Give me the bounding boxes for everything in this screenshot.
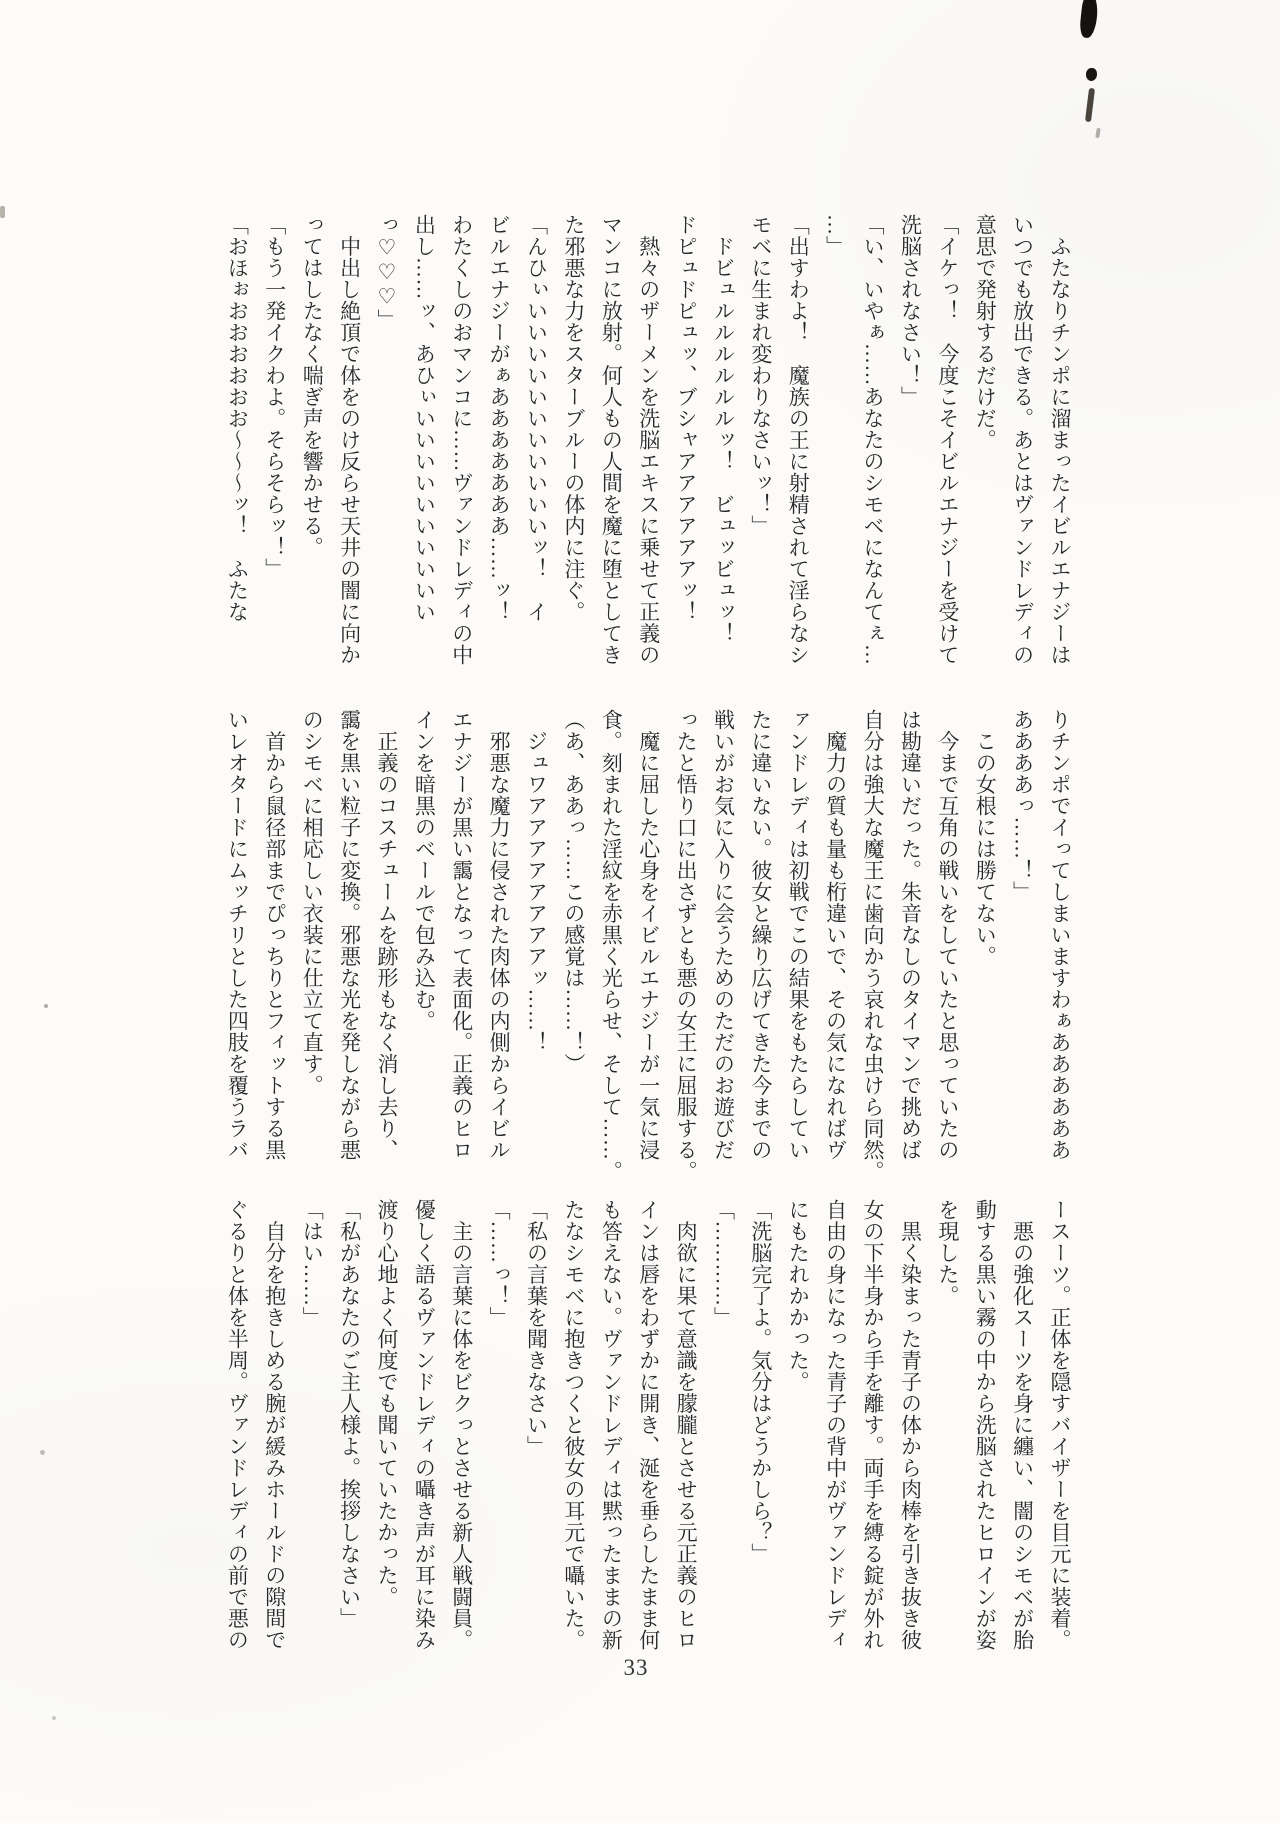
text-column: 魔力の質も量も桁違いで、その気になればヴ — [816, 709, 853, 1181]
text-column: 戦いがお気に入りに会うためのただのお遊びだ — [704, 709, 741, 1181]
text-column: 「出すわよ！ 魔族の王に射精されて淫らなシ — [779, 214, 816, 686]
text-column: 「おほぉおおおおおお〜〜〜ッ！ ふたな — [218, 214, 255, 686]
scanned-page: ふたなりチンポに溜まったイビルエナジーはいつでも放出できる。あとはヴァンドレディ… — [0, 0, 1280, 1823]
text-column: たなシモベに抱きつくと彼女の耳元で囁いた。 — [555, 1199, 592, 1671]
text-column: 「はい……」 — [293, 1199, 330, 1671]
text-column: 意思で発射するだけだ。 — [966, 214, 1003, 686]
text-column: 「…………」 — [704, 1199, 741, 1671]
text-column: ースーツ。正体を隠すバイザーを目元に装着。 — [1041, 1199, 1078, 1671]
scan-artifact-left-edge — [0, 206, 5, 218]
text-column: 正義のコスチュームを跡形もなく消し去り、 — [368, 709, 405, 1181]
text-column: 食。刻まれた淫紋を赤黒く光らせ、そして……。 — [592, 709, 629, 1181]
text-column: 肉欲に果て意識を朦朧とさせる元正義のヒロ — [667, 1199, 704, 1671]
text-column: 靄を黒い粒子に変換。邪悪な光を発しながら悪 — [330, 709, 367, 1181]
text-column: 渡り心地よく何度でも聞いていたかった。 — [368, 1199, 405, 1671]
text-column: 自由の身になった青子の背中がヴァンドレディ — [816, 1199, 853, 1671]
text-column: っ♡♡♡」 — [368, 214, 405, 686]
page-number: 33 — [606, 1655, 666, 1681]
text-column: 黒く染まった青子の体から肉棒を引き抜き彼 — [891, 1199, 928, 1671]
text-column: ああああっ……！」 — [1003, 709, 1040, 1181]
text-column: 熱々のザーメンを洗脳エキスに乗せて正義の — [629, 214, 666, 686]
text-column: インは唇をわずかに開き、涎を垂らしたまま何 — [629, 1199, 666, 1671]
text-column: 中出し絶頂で体をのけ反らせ天井の闇に向か — [330, 214, 367, 686]
scan-artifact-corner-dot — [1086, 68, 1097, 81]
text-column: 今まで互角の戦いをしていたと思っていたの — [928, 709, 965, 1181]
text-column: いつでも放出できる。あとはヴァンドレディの — [1003, 214, 1040, 686]
text-column: 「洗脳完了よ。気分はどうかしら？」 — [741, 1199, 778, 1671]
text-column: のシモベに相応しい衣装に仕立て直す。 — [293, 709, 330, 1181]
text-column: ドビュルルルルルルッ！ ビュッビュッ！ — [704, 214, 741, 686]
text-column: 「んひぃいいいいいいいいいいいッ！ イ — [517, 214, 554, 686]
text-column: モベに生まれ変わりなさいッ！」 — [741, 214, 778, 686]
text-column: 「私があなたのご主人様よ。挨拶しなさい」 — [330, 1199, 367, 1671]
text-column: 動する黒い霧の中から洗脳されたヒロインが姿 — [966, 1199, 1003, 1671]
text-column: 女の下半身から手を離す。両手を縛る錠が外れ — [854, 1199, 891, 1671]
scan-artifact-speck — [52, 1716, 56, 1720]
text-column: た邪悪な力をスターブルーの体内に注ぐ。 — [555, 214, 592, 686]
text-column: ドピュドピュッ、ブシャアアアアアアッ！ — [667, 214, 704, 686]
text-column: 「私の言葉を聞きなさい」 — [517, 1199, 554, 1671]
scan-artifact-corner-streak — [1085, 88, 1095, 122]
text-column: マンコに放射。何人もの人間を魔に堕としてき — [592, 214, 629, 686]
text-column: 優しく語るヴァンドレディの囁き声が耳に染み — [405, 1199, 442, 1671]
text-column: 「い、いやぁ……あなたのシモベになんてぇ… — [854, 214, 891, 686]
text-column: ぐるりと体を半周。ヴァンドレディの前で悪の — [218, 1199, 255, 1671]
text-column: 出し……ッ、あひぃいいいいいいいいいい — [405, 214, 442, 686]
text-column: ふたなりチンポに溜まったイビルエナジーは — [1041, 214, 1078, 686]
text-column: ビルエナジーがぁあああああああ……ッ！ — [480, 214, 517, 686]
text-column: も答えない。ヴァンドレディは黙ったままの新 — [592, 1199, 629, 1671]
text-column: わたくしのおマンコに……ヴァンドレディの中 — [442, 214, 479, 686]
text-column: ったと悟り口に出さずとも悪の女王に屈服する。 — [667, 709, 704, 1181]
text-column: りチンポでイってしまいますわぁああああああ — [1041, 709, 1078, 1181]
text-column: 自分を抱きしめる腕が緩みホールドの隙間で — [255, 1199, 292, 1671]
text-column: ジュワアアアアアアアアッ……！ — [517, 709, 554, 1181]
text-column: この女根には勝てない。 — [966, 709, 1003, 1181]
text-column: 首から鼠径部までぴっちりとフィットする黒 — [255, 709, 292, 1181]
text-column: を現した。 — [928, 1199, 965, 1671]
text-column: 主の言葉に体をビクっとさせる新人戦闘員。 — [442, 1199, 479, 1671]
text-column: 自分は強大な魔王に歯向かう哀れな虫けら同然。 — [854, 709, 891, 1181]
scan-artifact-right-smudge — [1095, 128, 1101, 139]
text-column: インを暗黒のベールで包み込む。 — [405, 709, 442, 1181]
text-column: ってはしたなく喘ぎ声を響かせる。 — [293, 214, 330, 686]
text-column: は勘違いだった。朱音なしのタイマンで挑めば — [891, 709, 928, 1181]
text-column: 「……っ！」 — [480, 1199, 517, 1671]
text-column: 邪悪な魔力に侵された肉体の内側からイビル — [480, 709, 517, 1181]
text-band-bottom: ースーツ。正体を隠すバイザーを目元に装着。 悪の強化スーツを身に纏い、闇のシモベ… — [218, 1199, 1078, 1671]
text-band-top: ふたなりチンポに溜まったイビルエナジーはいつでも放出できる。あとはヴァンドレディ… — [218, 214, 1078, 686]
text-column: ァンドレディは初戦でこの結果をもたらしてい — [779, 709, 816, 1181]
text-column: にもたれかかった。 — [779, 1199, 816, 1671]
text-band-middle: りチンポでイってしまいますわぁああああああああああっ……！」 この女根には勝てな… — [218, 709, 1078, 1181]
text-column: （あ、ああっ……この感覚は……！） — [555, 709, 592, 1181]
scan-artifact-speck — [40, 1450, 45, 1455]
text-column: 悪の強化スーツを身に纏い、闇のシモベが胎 — [1003, 1199, 1040, 1671]
scan-artifact-speck — [44, 1004, 48, 1008]
text-column: たに違いない。彼女と繰り広げてきた今までの — [741, 709, 778, 1181]
text-column: 洗脳されなさい！」 — [891, 214, 928, 686]
text-column: 魔に屈した心身をイビルエナジーが一気に浸 — [629, 709, 666, 1181]
text-column: いレオタードにムッチリとした四肢を覆うラバ — [218, 709, 255, 1181]
text-column: エナジーが黒い靄となって表面化。正義のヒロ — [442, 709, 479, 1181]
text-column: …」 — [816, 214, 853, 686]
text-column: 「もう一発イクわよ。そらそらッ！」 — [255, 214, 292, 686]
scan-artifact-corner-blob — [1079, 0, 1100, 39]
text-column: 「イケっ！ 今度こそイビルエナジーを受けて — [928, 214, 965, 686]
